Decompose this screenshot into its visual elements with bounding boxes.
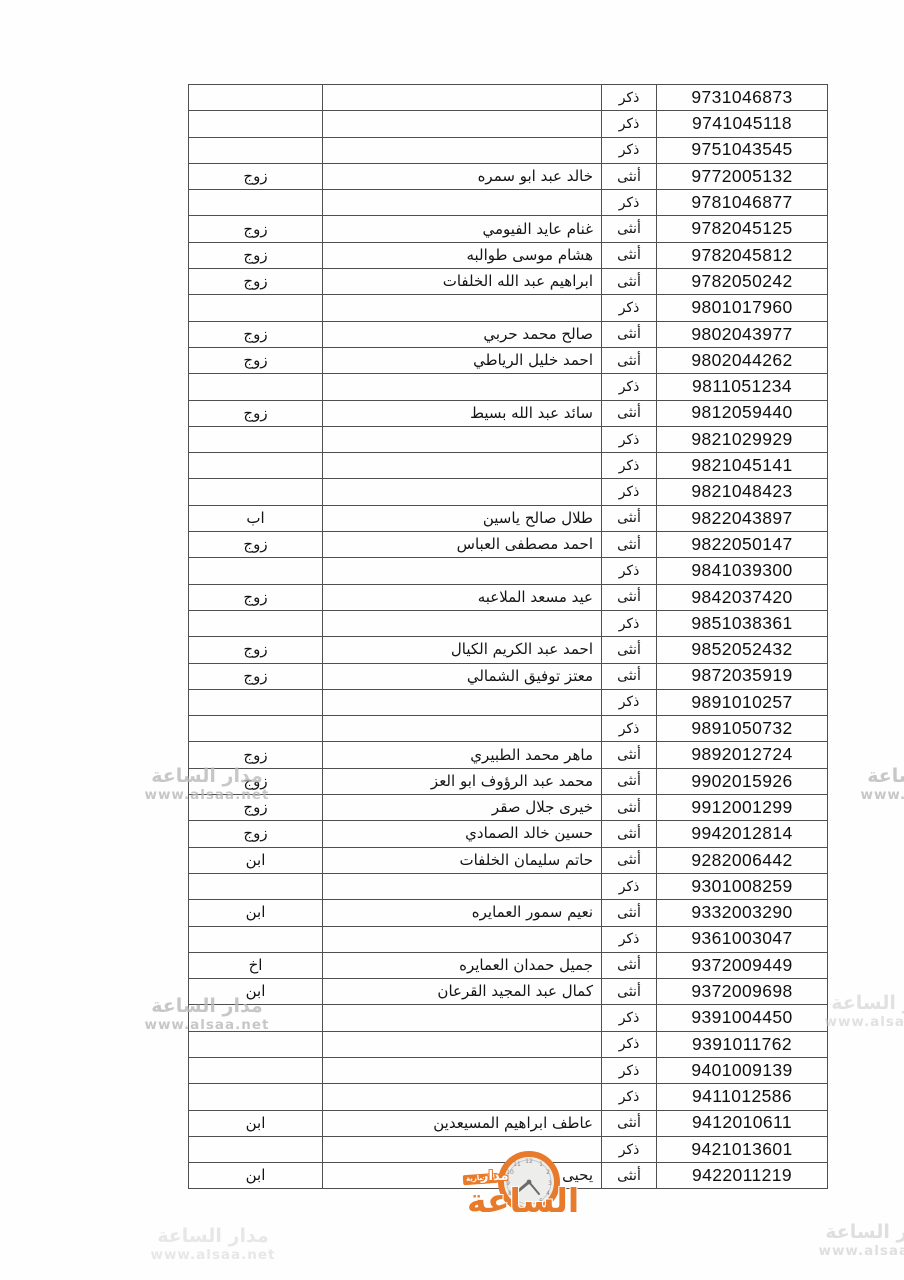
gender-cell: ذكر: [602, 111, 657, 137]
table-row: زوجمعتز توفيق الشماليأنثى9872035919: [189, 663, 828, 689]
table-row: زوجخالد عبد ابو سمرهأنثى9772005132: [189, 163, 828, 189]
svg-text:4: 4: [546, 1190, 550, 1197]
gender-cell: ذكر: [602, 374, 657, 400]
national-id-cell: 9781046877: [657, 190, 828, 216]
national-id-cell: 9421013601: [657, 1136, 828, 1162]
person-name-cell: [323, 873, 602, 899]
gender-cell: أنثى: [602, 1163, 657, 1189]
table-row: ذكر9751043545: [189, 137, 828, 163]
relationship-cell: [189, 1084, 323, 1110]
relationship-cell: زوج: [189, 269, 323, 295]
gender-cell: أنثى: [602, 584, 657, 610]
person-name-cell: [323, 1084, 602, 1110]
national-id-cell: 9301008259: [657, 873, 828, 899]
gender-cell: أنثى: [602, 505, 657, 531]
person-name-cell: عاطف ابراهيم المسيعدين: [323, 1110, 602, 1136]
person-name-cell: [323, 610, 602, 636]
person-name-cell: معتز توفيق الشمالي: [323, 663, 602, 689]
person-name-cell: [323, 1057, 602, 1083]
person-name-cell: نعيم سمور العمايره: [323, 900, 602, 926]
gender-cell: ذكر: [602, 479, 657, 505]
gender-cell: ذكر: [602, 190, 657, 216]
relationship-cell: [189, 558, 323, 584]
relationship-cell: زوج: [189, 347, 323, 373]
relationship-cell: [189, 1136, 323, 1162]
table-row: ذكر9851038361: [189, 610, 828, 636]
gender-cell: أنثى: [602, 321, 657, 347]
national-id-cell: 9332003290: [657, 900, 828, 926]
table-row: ذكر9421013601: [189, 1136, 828, 1162]
relationship-cell: [189, 873, 323, 899]
national-id-cell: 9902015926: [657, 768, 828, 794]
national-id-cell: 9812059440: [657, 400, 828, 426]
person-name-cell: [323, 1031, 602, 1057]
relationship-cell: [189, 85, 323, 111]
watermark-url: www.alsaa.net: [786, 1244, 904, 1260]
table-row: زوجحسين خالد الصماديأنثى9942012814: [189, 821, 828, 847]
person-name-cell: [323, 374, 602, 400]
gender-cell: ذكر: [602, 426, 657, 452]
gender-cell: ذكر: [602, 1136, 657, 1162]
person-name-cell: [323, 479, 602, 505]
table-row: زوجصالح محمد حربيأنثى9802043977: [189, 321, 828, 347]
table-row: ذكر9731046873: [189, 85, 828, 111]
relationship-cell: زوج: [189, 242, 323, 268]
national-id-cell: 9372009698: [657, 979, 828, 1005]
table-row: اخجميل حمدان العمايرهأنثى9372009449: [189, 952, 828, 978]
national-id-cell: 9801017960: [657, 295, 828, 321]
table-row: زوجماهر محمد الطبيريأنثى9892012724: [189, 742, 828, 768]
gender-cell: ذكر: [602, 295, 657, 321]
national-id-cell: 9851038361: [657, 610, 828, 636]
gender-cell: أنثى: [602, 795, 657, 821]
gender-cell: أنثى: [602, 900, 657, 926]
watermark: مدار الساعة www.alsaa.net: [118, 1226, 308, 1263]
national-id-cell: 9782045812: [657, 242, 828, 268]
relationship-cell: زوج: [189, 742, 323, 768]
table-row: ذكر9891010257: [189, 689, 828, 715]
relationship-cell: [189, 926, 323, 952]
relationship-cell: ابن: [189, 979, 323, 1005]
relationship-cell: [189, 716, 323, 742]
national-id-cell: 9772005132: [657, 163, 828, 189]
table-row: ذكر9301008259: [189, 873, 828, 899]
relationship-cell: [189, 137, 323, 163]
national-id-cell: 9891050732: [657, 716, 828, 742]
national-id-cell: 9782045125: [657, 216, 828, 242]
table-row: ذكر9811051234: [189, 374, 828, 400]
national-id-cell: 9282006442: [657, 847, 828, 873]
relationship-cell: [189, 689, 323, 715]
person-name-cell: [323, 558, 602, 584]
relationship-cell: زوج: [189, 768, 323, 794]
table-row: زوجخيرى جلال صقرأنثى9912001299: [189, 795, 828, 821]
gender-cell: أنثى: [602, 269, 657, 295]
relationship-cell: [189, 453, 323, 479]
watermark-url: www.alsaa.net: [118, 1248, 308, 1264]
watermark-brand: مدار الساعة: [118, 1226, 308, 1248]
person-name-cell: [323, 295, 602, 321]
national-id-cell: 9841039300: [657, 558, 828, 584]
table-row: ذكر9821048423: [189, 479, 828, 505]
person-name-cell: [323, 1136, 602, 1162]
relationship-cell: اب: [189, 505, 323, 531]
watermark-brand: مدار الساعة: [828, 766, 904, 788]
svg-text:6: 6: [527, 1201, 531, 1208]
national-id-cell: 9872035919: [657, 663, 828, 689]
table-row: زوجاحمد عبد الكريم الكيالأنثى9852052432: [189, 637, 828, 663]
relationship-cell: ابن: [189, 847, 323, 873]
person-name-cell: محمد عبد الرؤوف ابو العز: [323, 768, 602, 794]
person-name-cell: خيرى جلال صقر: [323, 795, 602, 821]
person-name-cell: [323, 85, 602, 111]
national-id-cell: 9942012814: [657, 821, 828, 847]
gender-cell: ذكر: [602, 1031, 657, 1057]
national-id-cell: 9731046873: [657, 85, 828, 111]
person-name-cell: صالح محمد حربي: [323, 321, 602, 347]
table-row: ذكر9801017960: [189, 295, 828, 321]
national-id-cell: 9822050147: [657, 532, 828, 558]
svg-text:7: 7: [515, 1198, 519, 1205]
relationship-cell: [189, 295, 323, 321]
gender-cell: أنثى: [602, 400, 657, 426]
relationship-cell: زوج: [189, 637, 323, 663]
gender-cell: أنثى: [602, 347, 657, 373]
person-name-cell: [323, 137, 602, 163]
records-table: ذكر9731046873ذكر9741045118ذكر9751043545ز…: [188, 84, 828, 1189]
gender-cell: أنثى: [602, 637, 657, 663]
table-row: ذكر9821045141: [189, 453, 828, 479]
gender-cell: أنثى: [602, 1110, 657, 1136]
national-id-cell: 9822043897: [657, 505, 828, 531]
table-row: زوجاحمد مصطفى العباسأنثى9822050147: [189, 532, 828, 558]
gender-cell: ذكر: [602, 453, 657, 479]
person-name-cell: [323, 1005, 602, 1031]
table-row: ابنحاتم سليمان الخلفاتأنثى9282006442: [189, 847, 828, 873]
table-row: ابننعيم سمور العمايرهأنثى9332003290: [189, 900, 828, 926]
person-name-cell: [323, 453, 602, 479]
relationship-cell: زوج: [189, 532, 323, 558]
gender-cell: ذكر: [602, 1057, 657, 1083]
gender-cell: ذكر: [602, 137, 657, 163]
national-id-cell: 9391011762: [657, 1031, 828, 1057]
relationship-cell: [189, 610, 323, 636]
gender-cell: أنثى: [602, 768, 657, 794]
person-name-cell: خالد عبد ابو سمره: [323, 163, 602, 189]
svg-text:8: 8: [508, 1190, 512, 1197]
gender-cell: أنثى: [602, 847, 657, 873]
relationship-cell: [189, 1057, 323, 1083]
table-row: ذكر9391004450: [189, 1005, 828, 1031]
gender-cell: أنثى: [602, 163, 657, 189]
person-name-cell: [323, 426, 602, 452]
relationship-cell: زوج: [189, 663, 323, 689]
relationship-cell: [189, 374, 323, 400]
national-id-cell: 9802043977: [657, 321, 828, 347]
national-id-cell: 9821048423: [657, 479, 828, 505]
relationship-cell: [189, 190, 323, 216]
national-id-cell: 9821029929: [657, 426, 828, 452]
national-id-cell: 9391004450: [657, 1005, 828, 1031]
relationship-cell: زوج: [189, 163, 323, 189]
gender-cell: ذكر: [602, 1084, 657, 1110]
person-name-cell: جميل حمدان العمايره: [323, 952, 602, 978]
national-id-cell: 9802044262: [657, 347, 828, 373]
records-table-body: ذكر9731046873ذكر9741045118ذكر9751043545ز…: [189, 85, 828, 1189]
relationship-cell: ابن: [189, 900, 323, 926]
person-name-cell: احمد مصطفى العباس: [323, 532, 602, 558]
table-row: زوجاحمد خليل الرياطيأنثى9802044262: [189, 347, 828, 373]
table-row: ذكر9391011762: [189, 1031, 828, 1057]
table-row: ابنكمال عبد المجيد القرعانأنثى9372009698: [189, 979, 828, 1005]
national-id-cell: 9891010257: [657, 689, 828, 715]
relationship-cell: زوج: [189, 216, 323, 242]
person-name-cell: غنام عايد الفيومي: [323, 216, 602, 242]
national-id-cell: 9422011219: [657, 1163, 828, 1189]
gender-cell: ذكر: [602, 1005, 657, 1031]
gender-cell: ذكر: [602, 926, 657, 952]
table-row: ذكر9891050732: [189, 716, 828, 742]
national-id-cell: 9411012586: [657, 1084, 828, 1110]
person-name-cell: عيد مسعد الملاعبه: [323, 584, 602, 610]
national-id-cell: 9782050242: [657, 269, 828, 295]
relationship-cell: زوج: [189, 584, 323, 610]
person-name-cell: [323, 689, 602, 715]
national-id-cell: 9912001299: [657, 795, 828, 821]
national-id-cell: 9852052432: [657, 637, 828, 663]
gender-cell: أنثى: [602, 742, 657, 768]
relationship-cell: [189, 426, 323, 452]
relationship-cell: [189, 1031, 323, 1057]
relationship-cell: ابن: [189, 1110, 323, 1136]
national-id-cell: 9361003047: [657, 926, 828, 952]
national-id-cell: 9842037420: [657, 584, 828, 610]
table-row: ذكر9821029929: [189, 426, 828, 452]
person-name-cell: [323, 111, 602, 137]
relationship-cell: زوج: [189, 795, 323, 821]
gender-cell: ذكر: [602, 689, 657, 715]
table-row: ذكر9411012586: [189, 1084, 828, 1110]
watermark-url: www.alsaa.net: [828, 788, 904, 804]
national-id-cell: 9412010611: [657, 1110, 828, 1136]
national-id-cell: 9892012724: [657, 742, 828, 768]
gender-cell: أنثى: [602, 242, 657, 268]
table-row: ذكر9781046877: [189, 190, 828, 216]
svg-text:5: 5: [539, 1198, 543, 1205]
table-row: ابطلال صالح ياسينأنثى9822043897: [189, 505, 828, 531]
relationship-cell: زوج: [189, 321, 323, 347]
table-row: زوجعيد مسعد الملاعبهأنثى9842037420: [189, 584, 828, 610]
person-name-cell: هشام موسى طوالبه: [323, 242, 602, 268]
table-row: زوجهشام موسى طوالبهأنثى9782045812: [189, 242, 828, 268]
watermark-brand: مدار الساعة: [786, 1222, 904, 1244]
person-name-cell: سائد عبد الله بسيط: [323, 400, 602, 426]
person-name-cell: طلال صالح ياسين: [323, 505, 602, 531]
person-name-cell: حاتم سليمان الخلفات: [323, 847, 602, 873]
table-row: ابنيحيى اهيدأنثى9422011219: [189, 1163, 828, 1189]
table-row: زوجمحمد عبد الرؤوف ابو العزأنثى990201592…: [189, 768, 828, 794]
person-name-cell: ابراهيم عبد الله الخلفات: [323, 269, 602, 295]
person-name-cell: احمد عبد الكريم الكيال: [323, 637, 602, 663]
person-name-cell: كمال عبد المجيد القرعان: [323, 979, 602, 1005]
person-name-cell: حسين خالد الصمادي: [323, 821, 602, 847]
table-row: زوجابراهيم عبد الله الخلفاتأنثى978205024…: [189, 269, 828, 295]
relationship-cell: [189, 111, 323, 137]
person-name-cell: [323, 716, 602, 742]
gender-cell: ذكر: [602, 716, 657, 742]
watermark: مدار الساعة www.alsaa.net: [786, 1222, 904, 1259]
gender-cell: ذكر: [602, 558, 657, 584]
table-row: ابنعاطف ابراهيم المسيعدينأنثى9412010611: [189, 1110, 828, 1136]
gender-cell: ذكر: [602, 873, 657, 899]
person-name-cell: يحيى اهيد: [323, 1163, 602, 1189]
gender-cell: أنثى: [602, 663, 657, 689]
table-row: ذكر9841039300: [189, 558, 828, 584]
relationship-cell: [189, 1005, 323, 1031]
scanned-document-page: { "table": { "rows": [ {"rel": "", "name…: [0, 0, 904, 1280]
relationship-cell: زوج: [189, 400, 323, 426]
gender-cell: ذكر: [602, 610, 657, 636]
gender-cell: أنثى: [602, 979, 657, 1005]
table-row: زوجسائد عبد الله بسيطأنثى9812059440: [189, 400, 828, 426]
relationship-cell: [189, 479, 323, 505]
national-id-cell: 9741045118: [657, 111, 828, 137]
watermark: مدار الساعة www.alsaa.net: [828, 766, 904, 803]
relationship-cell: ابن: [189, 1163, 323, 1189]
national-id-cell: 9751043545: [657, 137, 828, 163]
national-id-cell: 9401009139: [657, 1057, 828, 1083]
table-row: ذكر9741045118: [189, 111, 828, 137]
gender-cell: أنثى: [602, 952, 657, 978]
table-row: ذكر9361003047: [189, 926, 828, 952]
person-name-cell: [323, 926, 602, 952]
national-id-cell: 9821045141: [657, 453, 828, 479]
national-id-cell: 9372009449: [657, 952, 828, 978]
person-name-cell: [323, 190, 602, 216]
gender-cell: ذكر: [602, 85, 657, 111]
person-name-cell: ماهر محمد الطبيري: [323, 742, 602, 768]
table-row: ذكر9401009139: [189, 1057, 828, 1083]
person-name-cell: احمد خليل الرياطي: [323, 347, 602, 373]
table-row: زوجغنام عايد الفيوميأنثى9782045125: [189, 216, 828, 242]
national-id-cell: 9811051234: [657, 374, 828, 400]
gender-cell: أنثى: [602, 532, 657, 558]
relationship-cell: اخ: [189, 952, 323, 978]
gender-cell: أنثى: [602, 821, 657, 847]
relationship-cell: زوج: [189, 821, 323, 847]
gender-cell: أنثى: [602, 216, 657, 242]
